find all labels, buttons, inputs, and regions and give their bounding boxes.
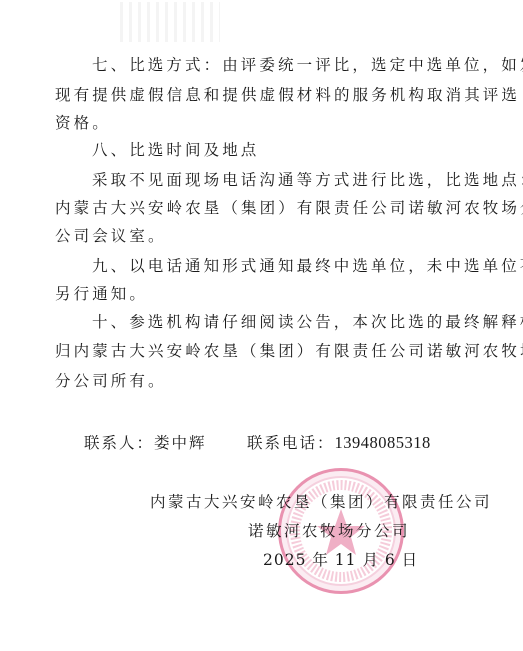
- section-7-line-3: 资格。: [55, 113, 475, 133]
- section-9-line-2: 另行通知。: [55, 284, 475, 304]
- contact-phone-label: 联系电话：: [247, 434, 335, 452]
- section-8-heading: 八、比选时间及地点: [92, 140, 512, 160]
- contact-person-label: 联系人：: [84, 434, 154, 452]
- section-10-line-2: 归内蒙古大兴安岭农垦（集团）有限责任公司诺敏河农牧场: [55, 341, 475, 361]
- contact-person-name: 娄中辉: [154, 434, 207, 452]
- contact-person: 联系人：娄中辉: [84, 431, 207, 453]
- section-9-line-1: 九、以电话通知形式通知最终中选单位，未中选单位不: [92, 256, 512, 276]
- section-7-line-2: 现有提供虚假信息和提供虚假材料的服务机构取消其评选: [55, 85, 475, 105]
- section-10-line-3: 分公司所有。: [55, 371, 475, 391]
- section-8-line-1: 采取不见面现场电话沟通等方式进行比选，比选地点：: [92, 170, 512, 190]
- section-8-line-2: 内蒙古大兴安岭农垦（集团）有限责任公司诺敏河农牧场分: [55, 198, 475, 218]
- signature-organization: 内蒙古大兴安岭农垦（集团）有限责任公司: [150, 490, 492, 512]
- signature-branch: 诺敏河农牧场分公司: [248, 519, 410, 541]
- show-through-artifact: [120, 2, 220, 42]
- section-7-line-1: 七、比选方式：由评委统一评比，选定中选单位，如发: [92, 55, 512, 75]
- section-10-line-1: 十、参选机构请仔细阅读公告，本次比选的最终解释权: [92, 312, 512, 332]
- section-8-line-3: 公司会议室。: [55, 226, 475, 246]
- contact-phone-number: 13948085318: [335, 433, 431, 452]
- signature-date: 2025 年 11 月 6 日: [263, 548, 418, 570]
- contact-phone: 联系电话：13948085318: [247, 431, 431, 453]
